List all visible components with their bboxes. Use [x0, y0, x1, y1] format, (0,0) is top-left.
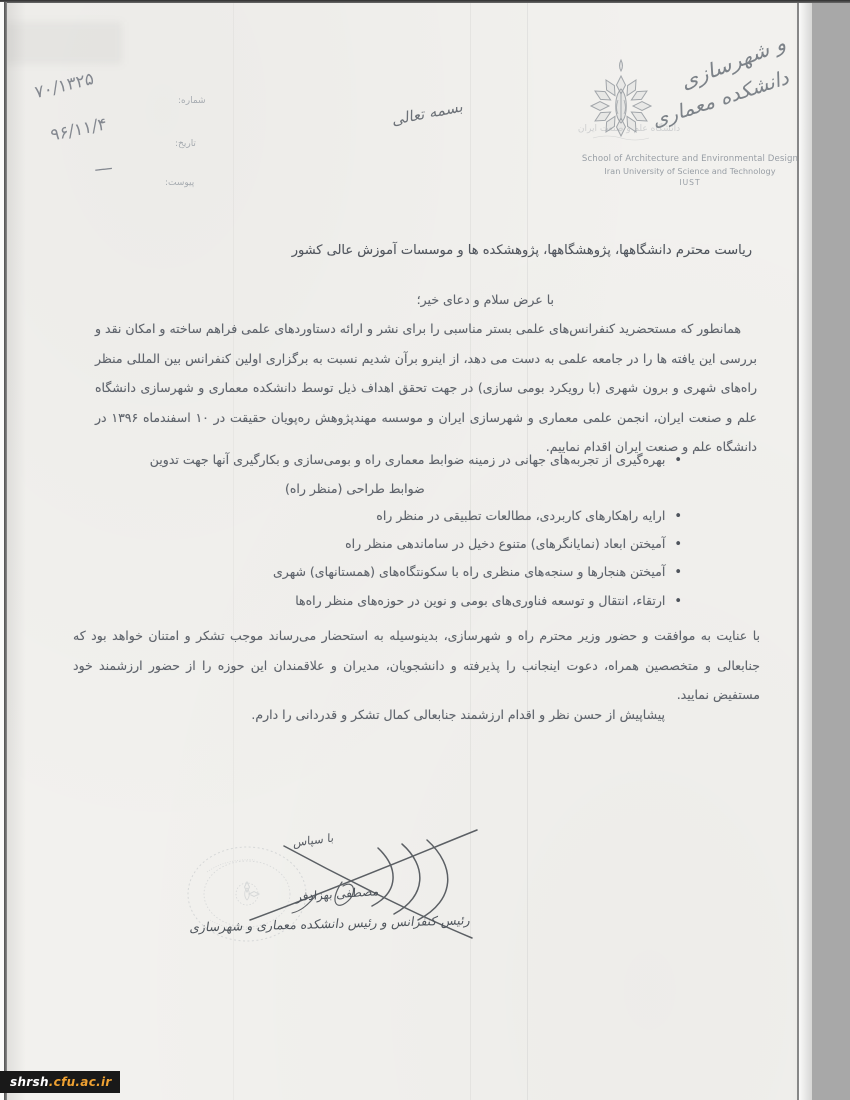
bullet-item-4: آمیختن هنجارها و سنجه‌های منظری راه با س… [273, 564, 682, 580]
handwritten-letter-number: ۷۰/۱۳۲۵ [33, 69, 95, 104]
school-name-english: School of Architecture and Environmental… [566, 154, 814, 164]
bullet-item-2: ارایه راهکارهای کاربردی، مطالعات تطبیقی … [376, 508, 682, 524]
site-watermark: shrsh.cfu.ac.ir [0, 1071, 120, 1093]
handwritten-attachment-dash: ــــ [94, 157, 112, 175]
scanned-letter-page: شماره: تاریخ: پیوست: ۷۰/۱۳۲۵ ۹۶/۱۱/۴ ـــ… [0, 0, 812, 1100]
recipient-line: ریاست محترم دانشگاهها، پژوهشگاهها، پژوهش… [292, 243, 752, 258]
university-name-farsi: دانشگاه علم و صنعت ایران [574, 124, 684, 134]
bullet-item-1-continuation: ضوابط طراحی (منظر راه) [285, 481, 425, 496]
bullet-item-5: ارتقاء، انتقال و توسعه فناوری‌های بومی و… [295, 593, 682, 609]
scan-edge-left-line [4, 2, 7, 1100]
body-paragraph-1: همانطور که مستحضرید کنفرانس‌های علمی بست… [95, 314, 757, 462]
number-field-label: شماره: [178, 96, 206, 106]
greeting-line: با عرض سلام و دعای خیر؛ [417, 292, 554, 307]
scan-edge-right [799, 3, 812, 1100]
body-paragraph-2: با عنایت به موافقت و حضور وزیر محترم راه… [73, 621, 760, 710]
faculty-name-calligraphy: و شهرسازی دانشکده معماری [644, 33, 813, 126]
scan-edge-top [0, 0, 850, 3]
handwritten-date: ۹۶/۱۱/۴ [50, 114, 108, 146]
attachment-field-label: پیوست: [165, 178, 194, 188]
bullet-item-3: آمیختن ابعاد (نمایانگرهای) متنوع دخیل در… [345, 536, 682, 552]
basmala-calligraphy: بسمه تعالی [393, 97, 464, 129]
university-acronym: IUST [566, 178, 814, 187]
letterhead-english-block: School of Architecture and Environmental… [566, 154, 814, 187]
closing-line: پیشاپیش از حسن نظر و اقدام ارزشمند جنابع… [251, 707, 665, 722]
university-name-english: Iran University of Science and Technolog… [566, 166, 814, 176]
watermark-site-suffix: .cfu.ac.ir [49, 1075, 112, 1089]
bullet-item-1: بهره‌گیری از تجربه‌های جهانی در زمینه ضو… [150, 452, 682, 468]
scan-shadow [4, 22, 122, 64]
scan-edge-right-line [797, 3, 799, 1100]
watermark-site-prefix: shrsh [10, 1075, 49, 1089]
date-field-label: تاریخ: [175, 139, 196, 149]
